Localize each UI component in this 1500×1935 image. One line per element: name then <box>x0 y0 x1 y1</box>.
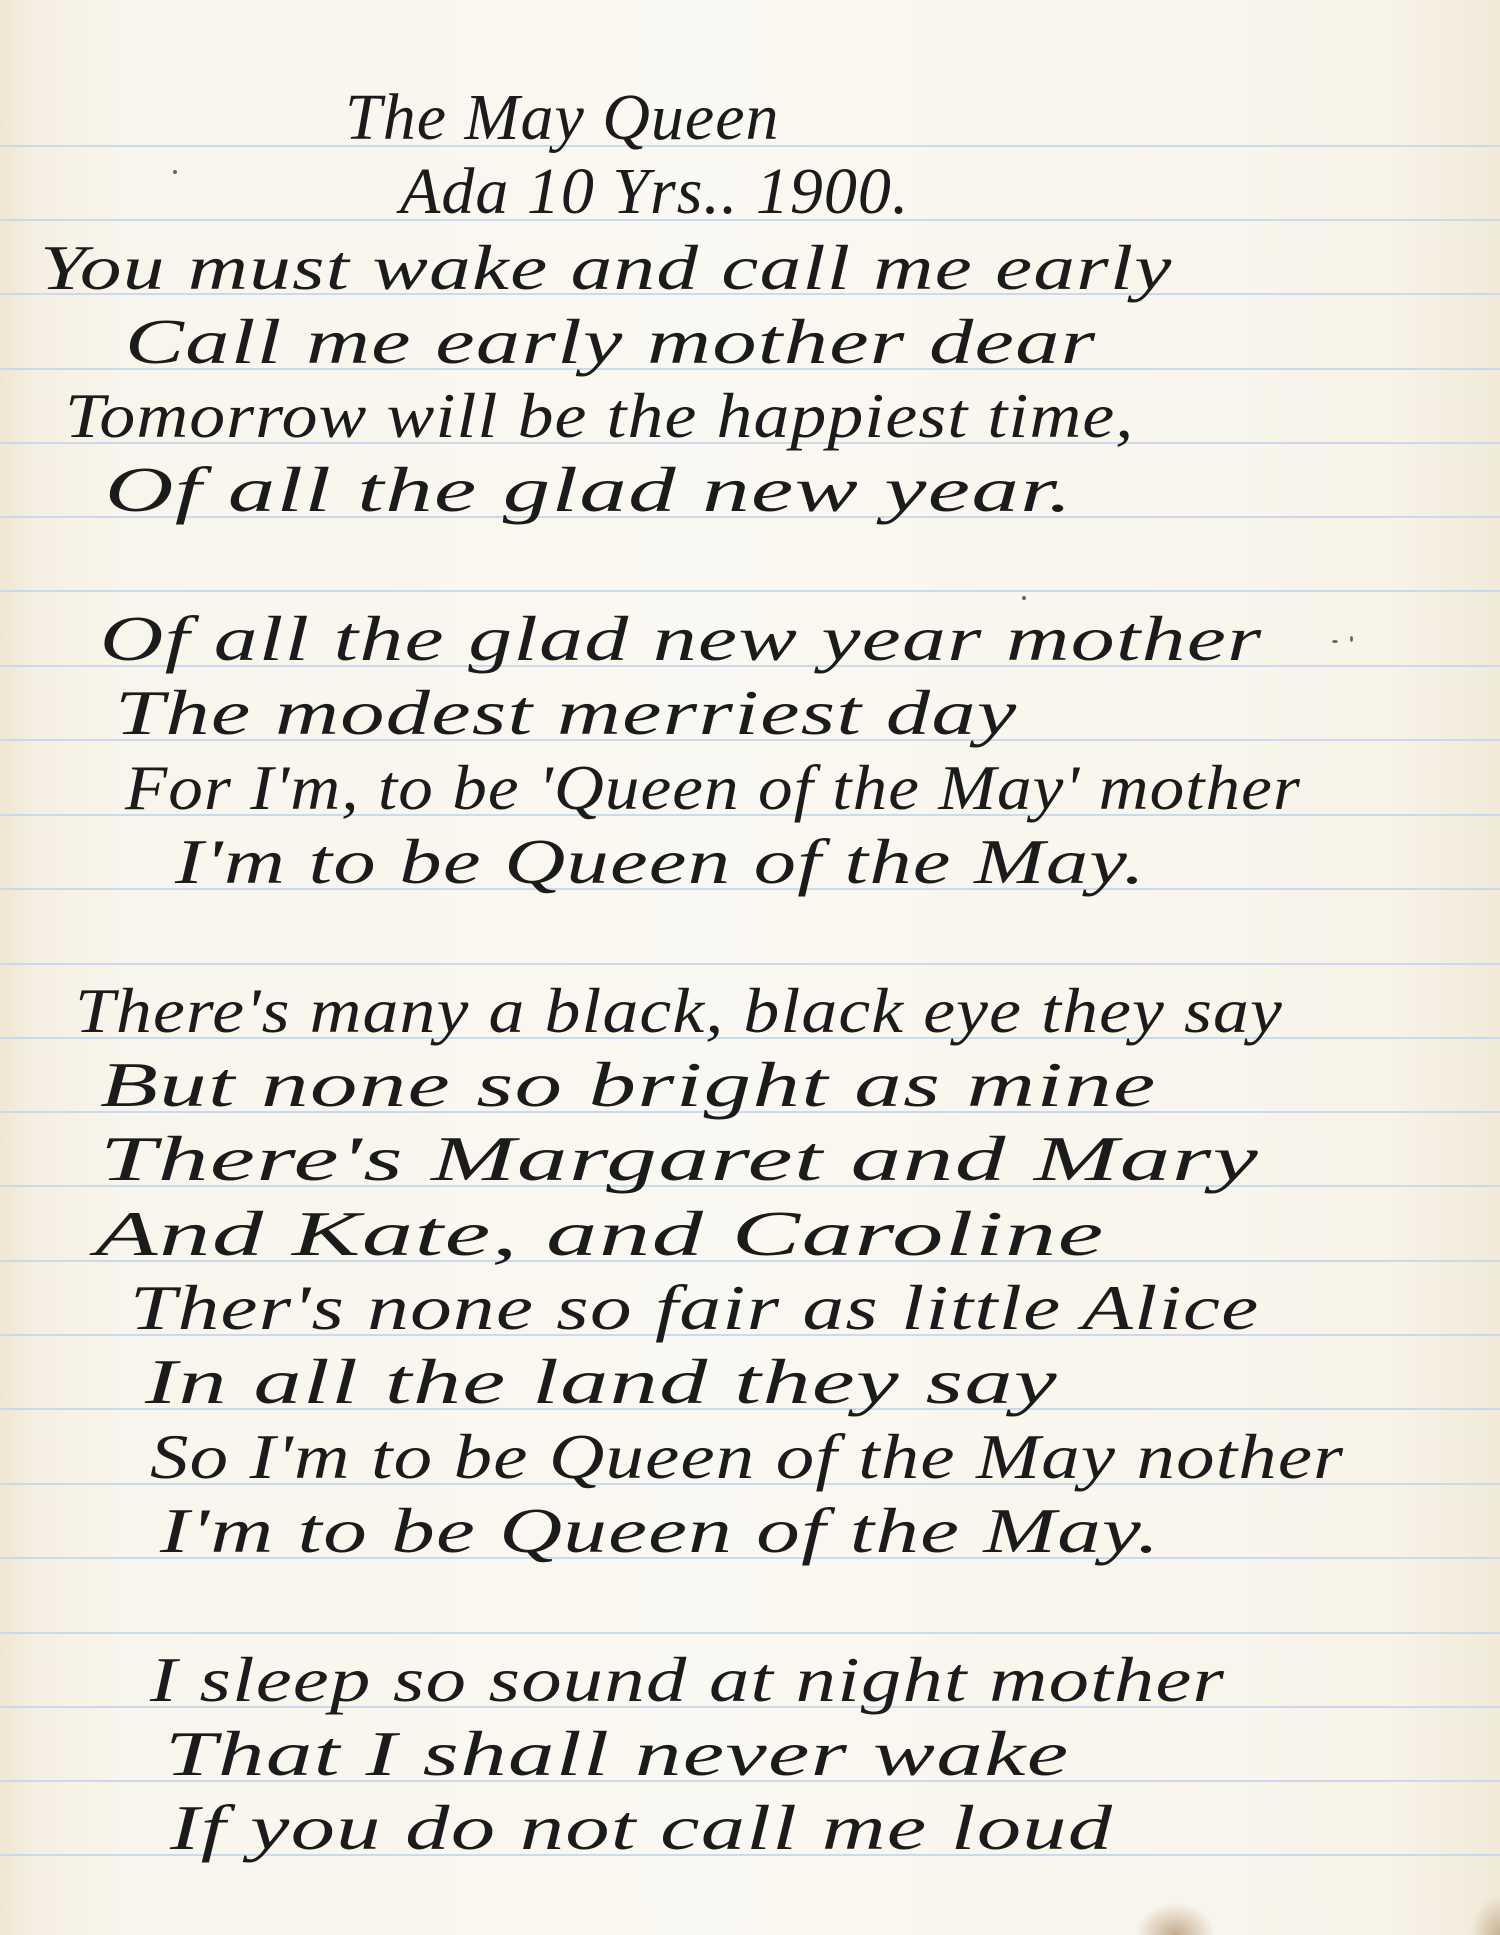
poem-line-text: I'm to be Queen of the May. <box>160 1499 1160 1563</box>
author-age-year-text: Ada 10 Yrs.. 1900. <box>400 159 909 225</box>
poem-line: Tomorrow will be the happiest time, <box>65 384 1134 448</box>
ink-speck <box>173 170 177 174</box>
poem-line-text: I'm to be Queen of the May. <box>175 830 1146 894</box>
poem-line: There's Margaret and Mary <box>100 1127 1259 1191</box>
poem-line: You must wake and call me early <box>40 236 1173 300</box>
poem-line-text: But none so bright as mine <box>100 1053 1157 1117</box>
poem-line: If you do not call me loud <box>170 1796 1113 1860</box>
poem-line: The modest merriest day <box>115 681 1018 745</box>
poem-line-text: If you do not call me loud <box>170 1796 1113 1860</box>
ink-speck <box>1350 636 1353 642</box>
poem-line: Of all the glad new year. <box>105 458 1073 522</box>
ruled-line <box>0 1632 1500 1634</box>
poem-line: There's many a black, black eye they say <box>75 979 1283 1043</box>
poem-line: But none so bright as mine <box>100 1053 1157 1117</box>
poem-line-text: That I shall never wake <box>165 1722 1069 1786</box>
poem-line-text: I sleep so sound at night mother <box>150 1648 1225 1712</box>
poem-line-text: The modest merriest day <box>115 681 1018 745</box>
poem-line-text: You must wake and call me early <box>40 236 1173 300</box>
poem-line-text: Of all the glad new year mother <box>100 607 1263 671</box>
ruled-line <box>0 963 1500 965</box>
ruled-line <box>0 590 1500 592</box>
poem-line-text: There's Margaret and Mary <box>100 1127 1259 1191</box>
poem-line-text: And Kate, and Caroline <box>95 1202 1105 1266</box>
poem-line-text: Call me early mother dear <box>125 310 1097 374</box>
author-age-year: Ada 10 Yrs.. 1900. <box>400 159 909 225</box>
poem-line: Ther's none so fair as little Alice <box>130 1276 1259 1340</box>
poem-line: And Kate, and Caroline <box>95 1202 1105 1266</box>
show-through-ink <box>950 95 1400 163</box>
poem-line: So I'm to be Queen of the May nother <box>150 1425 1344 1489</box>
poem-line-text: Ther's none so fair as little Alice <box>130 1276 1259 1340</box>
poem-line: I'm to be Queen of the May. <box>160 1499 1160 1563</box>
poem-line: I'm to be Queen of the May. <box>175 830 1146 894</box>
ink-speck <box>1022 596 1026 600</box>
poem-line-text: For I'm, to be 'Queen of the May' mother <box>125 756 1301 820</box>
poem-line: That I shall never wake <box>165 1722 1069 1786</box>
notebook-page: The May Queen Ada 10 Yrs.. 1900. You mus… <box>0 0 1500 1935</box>
poem-line: I sleep so sound at night mother <box>150 1648 1225 1712</box>
ink-speck <box>1332 640 1338 643</box>
poem-line-text: There's many a black, black eye they say <box>75 979 1283 1043</box>
poem-line-text: Of all the glad new year. <box>105 458 1073 522</box>
poem-title-text: The May Queen <box>345 85 780 151</box>
poem-line: In all the land they say <box>145 1350 1058 1414</box>
poem-line-text: So I'm to be Queen of the May nother <box>150 1425 1344 1489</box>
poem-line: Call me early mother dear <box>125 310 1097 374</box>
poem-line-text: In all the land they say <box>145 1350 1058 1414</box>
poem-line: Of all the glad new year mother <box>100 607 1263 671</box>
poem-line: For I'm, to be 'Queen of the May' mother <box>125 756 1301 820</box>
poem-line-text: Tomorrow will be the happiest time, <box>65 384 1134 448</box>
poem-title: The May Queen <box>345 85 915 151</box>
